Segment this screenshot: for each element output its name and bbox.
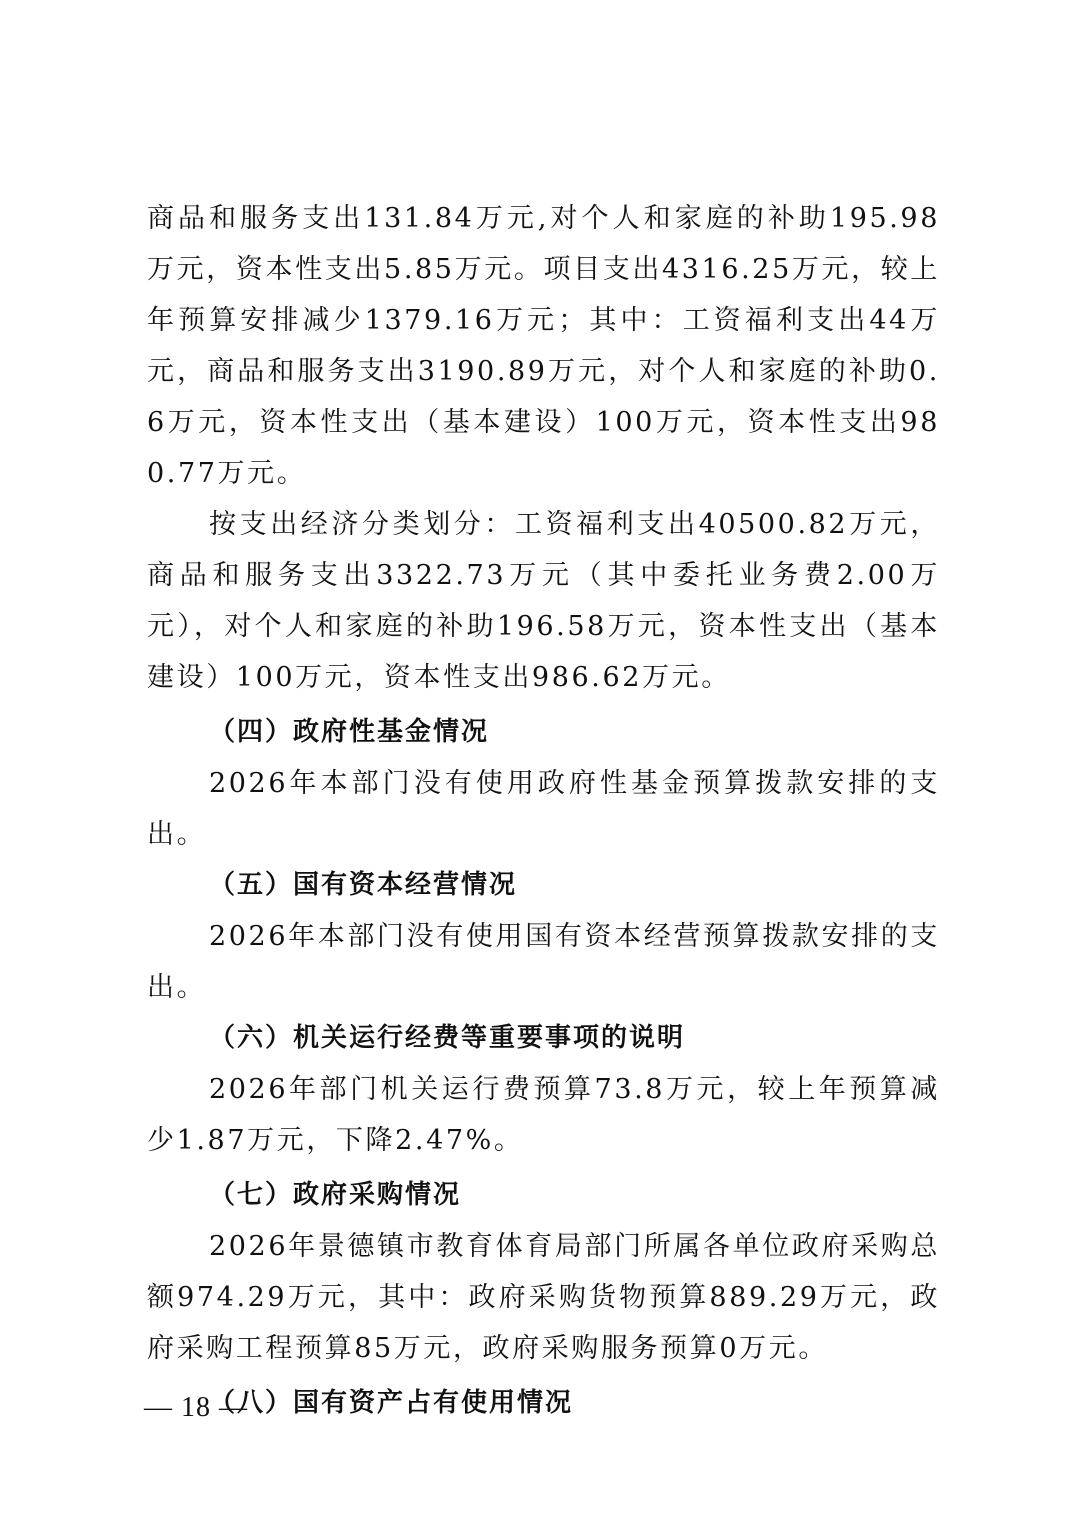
heading-state-assets: （八）国有资产占有使用情况 <box>147 1378 940 1429</box>
paragraph-government-procurement: 2026年景德镇市教育体育局部门所属各单位政府采购总额974.29万元，其中：政… <box>147 1221 940 1374</box>
heading-state-capital: （五）国有资本经营情况 <box>147 860 940 911</box>
paragraph-basic-expenditure-continued: 商品和服务支出131.84万元,对个人和家庭的补助195.98万元，资本性支出5… <box>147 193 940 499</box>
heading-government-procurement: （七）政府采购情况 <box>147 1170 940 1221</box>
paragraph-operating-expenses: 2026年部门机关运行费预算73.8万元，较上年预算减少1.87万元，下降2.4… <box>147 1064 940 1166</box>
paragraph-government-fund: 2026年本部门没有使用政府性基金预算拨款安排的支出。 <box>147 758 940 860</box>
paragraph-state-capital: 2026年本部门没有使用国有资本经营预算拨款安排的支出。 <box>147 911 940 1013</box>
heading-operating-expenses: （六）机关运行经费等重要事项的说明 <box>147 1013 940 1064</box>
heading-government-fund: （四）政府性基金情况 <box>147 707 940 758</box>
paragraph-economic-classification: 按支出经济分类划分：工资福利支出40500.82万元，商品和服务支出3322.7… <box>147 499 940 703</box>
page-number: — 18 — <box>144 1392 248 1424</box>
document-body: 商品和服务支出131.84万元,对个人和家庭的补助195.98万元，资本性支出5… <box>147 193 940 1429</box>
document-page: 商品和服务支出131.84万元,对个人和家庭的补助195.98万元，资本性支出5… <box>0 0 1074 1520</box>
